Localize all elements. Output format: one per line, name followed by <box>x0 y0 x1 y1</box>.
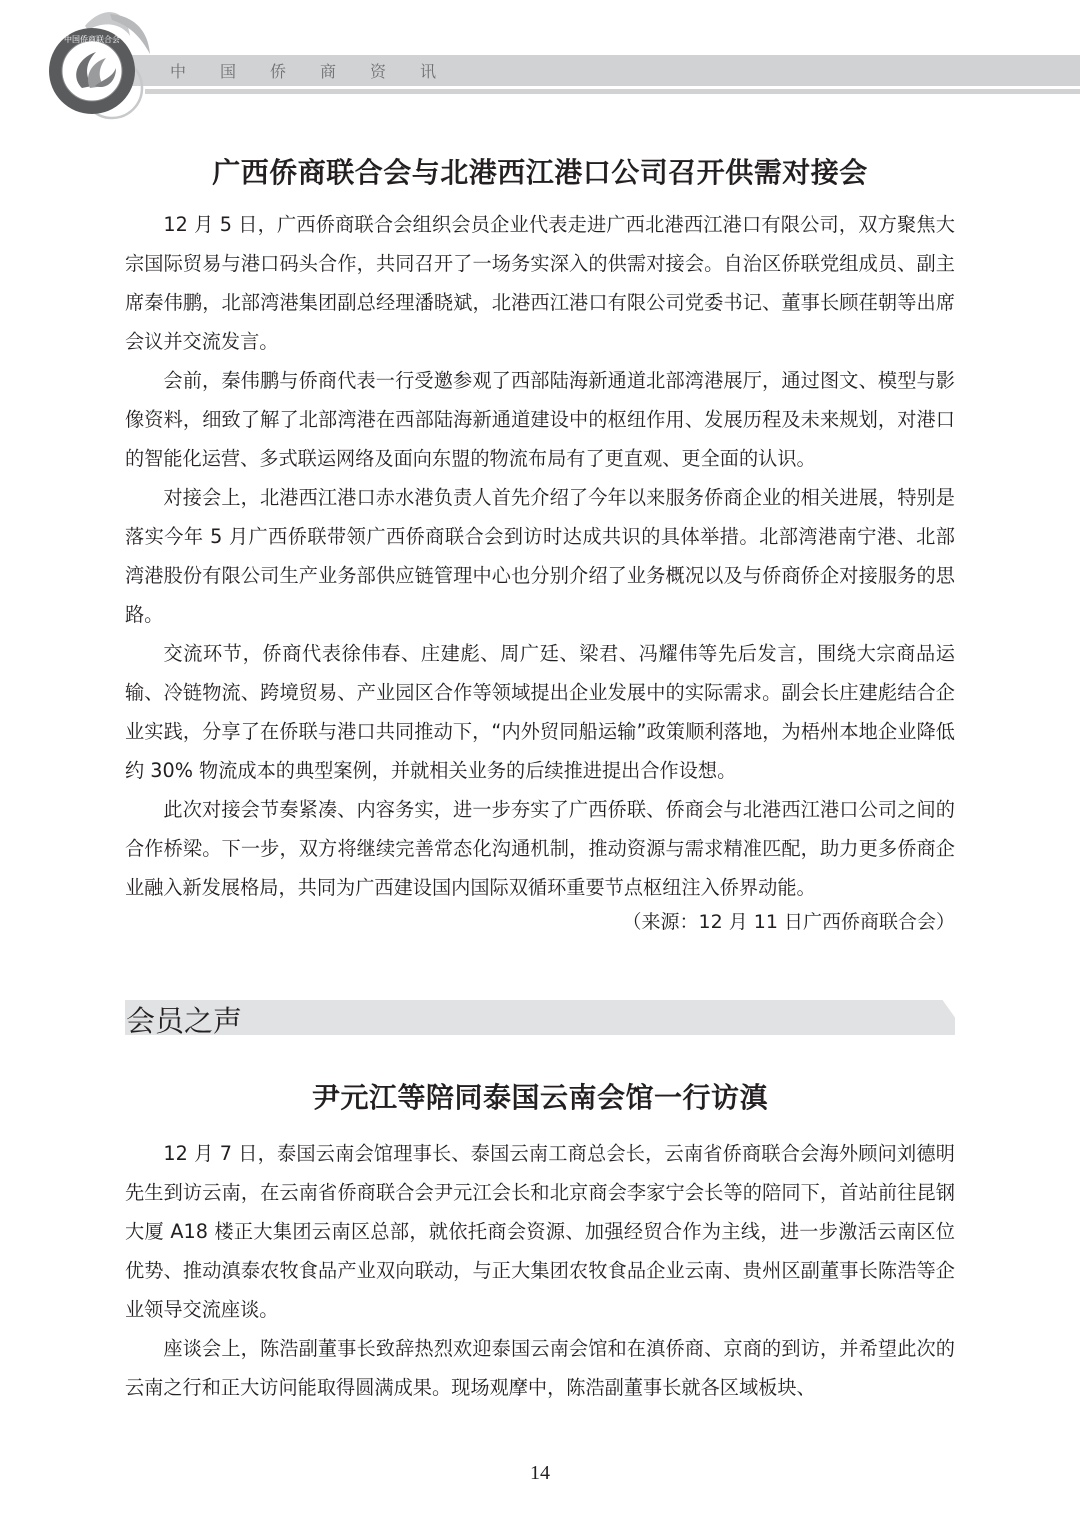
china-federation-logo-icon: 中国侨商联合会 <box>40 6 160 124</box>
section-label: 会员之声 <box>126 999 242 1040</box>
paragraph: 对接会上，北港西江港口赤水港负责人首先介绍了今年以来服务侨商企业的相关进展，特别… <box>125 478 955 634</box>
section-bar <box>125 1000 955 1035</box>
article-title: 尹元江等陪同泰国云南会馆一行访滇 <box>0 1076 1080 1116</box>
header-rule <box>145 89 1080 94</box>
publication-title: 中国侨商资讯 <box>170 59 470 82</box>
article-body: 12 月 7 日，泰国云南会馆理事长、泰国云南工商总会长，云南省侨商联合会海外顾… <box>125 1134 955 1407</box>
article-source: （来源：12 月 11 日广西侨商联合会） <box>623 907 955 934</box>
paragraph: 此次对接会节奏紧凑、内容务实，进一步夯实了广西侨联、侨商会与北港西江港口公司之间… <box>125 790 955 907</box>
paragraph: 会前，秦伟鹏与侨商代表一行受邀参观了西部陆海新通道北部湾港展厅，通过图文、模型与… <box>125 361 955 478</box>
paragraph: 座谈会上，陈浩副董事长致辞热烈欢迎泰国云南会馆和在滇侨商、京商的到访，并希望此次… <box>125 1329 955 1407</box>
paragraph: 交流环节，侨商代表徐伟春、庄建彪、周广廷、梁君、冯耀伟等先后发言，围绕大宗商品运… <box>125 634 955 790</box>
svg-text:中国侨商联合会: 中国侨商联合会 <box>64 34 120 44</box>
paragraph: 12 月 7 日，泰国云南会馆理事长、泰国云南工商总会长，云南省侨商联合会海外顾… <box>125 1134 955 1329</box>
paragraph: 12 月 5 日，广西侨商联合会组织会员企业代表走进广西北港西江港口有限公司，双… <box>125 205 955 361</box>
article-body: 12 月 5 日，广西侨商联合会组织会员企业代表走进广西北港西江港口有限公司，双… <box>125 205 955 907</box>
article-title: 广西侨商联合会与北港西江港口公司召开供需对接会 <box>0 151 1080 191</box>
page-number: 14 <box>0 1462 1080 1485</box>
